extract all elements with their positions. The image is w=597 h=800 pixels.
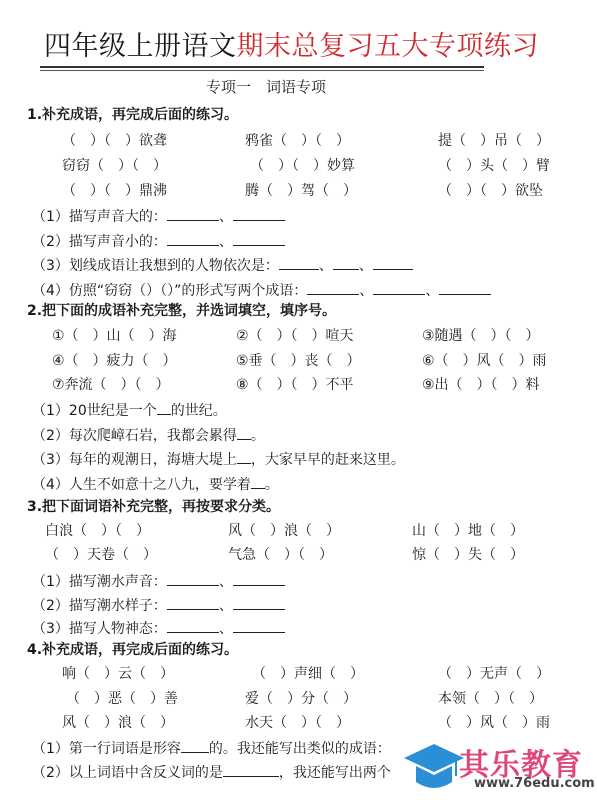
separator: 、 <box>219 621 233 637</box>
section-4-heading: 4.补充成语，再完成后面的练习。 <box>27 640 238 660</box>
answer-blank[interactable] <box>167 571 219 586</box>
idiom-cell: ⑦奔流（ ）（ ） <box>52 375 170 395</box>
question-item: （3）每年的观潮日，海塘大堤上，大家早早的赶来这里。 <box>32 449 405 470</box>
question-text: （4）仿照“窃窃（）（）”的形式写两个成语： <box>32 283 307 299</box>
idiom-cell: 风（ ）浪（ ） <box>62 713 174 733</box>
question-text-end: 。 <box>265 477 279 493</box>
idiom-cell: ⑤垂（ ）丧（ ） <box>236 351 361 371</box>
subtitle: 专项一 词语专项 <box>206 77 326 97</box>
question-text: （2）每次爬嶂石岩，我都会累得 <box>32 428 237 444</box>
idiom-cell: 水天（ ）（ ） <box>245 713 350 733</box>
watermark: 其乐教育 www.76edu.com <box>404 738 594 796</box>
question-text: （3）每年的观潮日，海塘大堤上 <box>32 452 237 468</box>
answer-blank[interactable] <box>167 206 219 221</box>
title-black-part: 四年级上册语文 <box>44 31 237 62</box>
idiom-cell: ④（ ）疲力（ ） <box>52 351 177 371</box>
answer-blank[interactable] <box>237 425 251 440</box>
question-item: （4）人生不如意十之八九，要学着。 <box>32 474 279 495</box>
separator: 、 <box>359 283 373 299</box>
question-item: （1）描写声音大的：、 <box>32 206 285 227</box>
idiom-cell: （ ）无声（ ） <box>438 664 550 684</box>
question-text: （2）描写潮水样子： <box>32 598 167 614</box>
title-red-part: 期末总复习五大专项练习 <box>237 31 540 62</box>
question-text: （1）20世纪是一个 <box>32 403 157 419</box>
title-rule-thick <box>40 66 484 68</box>
answer-blank[interactable] <box>167 231 219 246</box>
idiom-cell: （ ）头（ ）臂 <box>438 156 550 176</box>
question-item: （1）20世纪是一个的世纪。 <box>32 400 227 421</box>
idiom-cell: 响（ ）云（ ） <box>62 664 174 684</box>
question-text: （1）描写声音大的： <box>32 209 167 225</box>
idiom-cell: （ ）恶（ ）善 <box>66 689 178 709</box>
answer-blank[interactable] <box>373 280 425 295</box>
question-item: （2）描写声音小的：、 <box>32 231 285 252</box>
idiom-cell: 风（ ）浪（ ） <box>228 521 340 541</box>
answer-blank[interactable] <box>237 449 251 464</box>
answer-blank[interactable] <box>233 571 285 586</box>
idiom-cell: 窃窃（ ）（ ） <box>62 156 167 176</box>
question-text: （3）描写人物神态： <box>32 621 167 637</box>
section-1-heading: 1.补充成语，再完成后面的练习。 <box>27 105 238 125</box>
question-item: （4）仿照“窃窃（）（）”的形式写两个成语：、、 <box>32 280 491 301</box>
page-title: 四年级上册语文期末总复习五大专项练习 <box>44 30 539 64</box>
idiom-cell: 腾（ ）驾（ ） <box>245 181 357 201</box>
idiom-cell: 爱（ ）分（ ） <box>245 689 357 709</box>
separator: 、 <box>219 598 233 614</box>
idiom-cell: ③随遇（ ）（ ） <box>422 326 540 346</box>
answer-blank[interactable] <box>223 762 279 777</box>
idiom-cell: ①（ ）山（ ）海 <box>52 326 177 346</box>
answer-blank[interactable] <box>167 595 219 610</box>
answer-blank[interactable] <box>233 595 285 610</box>
idiom-cell: （ ）声细（ ） <box>252 664 364 684</box>
idiom-cell: （ ）（ ）欲坠 <box>438 181 543 201</box>
idiom-cell: 惊（ ）失（ ） <box>412 545 524 565</box>
answer-blank[interactable] <box>167 618 219 633</box>
answer-blank[interactable] <box>333 255 359 270</box>
question-text-end: ，大家早早的赶来这里。 <box>251 452 405 468</box>
graduation-cap-icon <box>404 742 464 790</box>
question-text: （2）以上词语中含反义词的是 <box>32 765 223 781</box>
separator: 、 <box>425 283 439 299</box>
answer-blank[interactable] <box>233 206 285 221</box>
question-item: （3）描写人物神态：、 <box>32 618 285 639</box>
question-item: （2）描写潮水样子：、 <box>32 595 285 616</box>
answer-blank[interactable] <box>279 255 319 270</box>
question-item: （2）以上词语中含反义词的是，我还能写出两个 <box>32 762 391 783</box>
idiom-cell: （ ）风（ ）雨 <box>438 713 550 733</box>
idiom-cell: ⑨出（ ）（ ）料 <box>422 375 540 395</box>
idiom-cell: （ ）（ ）欲聋 <box>62 131 167 151</box>
answer-blank[interactable] <box>373 255 413 270</box>
separator: 、 <box>219 209 233 225</box>
question-item: （1）描写潮水声音：、 <box>32 571 285 592</box>
question-text: （4）人生不如意十之八九，要学着 <box>32 477 251 493</box>
answer-blank[interactable] <box>233 231 285 246</box>
answer-blank[interactable] <box>181 738 209 753</box>
separator: 、 <box>219 234 233 250</box>
idiom-cell: （ ）（ ）妙算 <box>250 156 355 176</box>
section-3-heading: 3.把下面词语补充完整，再按要求分类。 <box>27 497 280 517</box>
question-text-end: ，我还能写出两个 <box>279 765 391 781</box>
idiom-cell: （ ）（ ）鼎沸 <box>62 181 167 201</box>
separator: 、 <box>319 258 333 274</box>
idiom-cell: 山（ ）地（ ） <box>412 521 524 541</box>
idiom-cell: （ ）天卷（ ） <box>45 545 157 565</box>
answer-blank[interactable] <box>307 280 359 295</box>
question-text-end: 的。我还能写出类似的成语： <box>209 741 391 757</box>
question-item: （2）每次爬嶂石岩，我都会累得。 <box>32 425 265 446</box>
answer-blank[interactable] <box>157 400 171 415</box>
watermark-url: www.76edu.com <box>474 776 595 791</box>
answer-blank[interactable] <box>439 280 491 295</box>
section-2-heading: 2.把下面的成语补充完整，并选词填空，填序号。 <box>27 301 336 321</box>
answer-blank[interactable] <box>233 618 285 633</box>
idiom-cell: ②（ ）（ ）喧天 <box>236 326 354 346</box>
question-item: （3）划线成语让我想到的人物依次是：、、 <box>32 255 413 276</box>
question-text: （1）第一行词语是形容 <box>32 741 181 757</box>
idiom-cell: 提（ ）吊（ ） <box>438 131 550 151</box>
question-text: （3）划线成语让我想到的人物依次是： <box>32 258 279 274</box>
idiom-cell: ⑥（ ）风（ ）雨 <box>422 351 547 371</box>
separator: 、 <box>219 574 233 590</box>
question-text: （2）描写声音小的： <box>32 234 167 250</box>
question-text-end: 的世纪。 <box>171 403 227 419</box>
question-text-end: 。 <box>251 428 265 444</box>
idiom-cell: 本领（ ）（ ） <box>438 689 543 709</box>
answer-blank[interactable] <box>251 474 265 489</box>
title-rule-thin <box>40 70 484 71</box>
idiom-cell: 气急（ ）（ ） <box>228 545 333 565</box>
question-item: （1）第一行词语是形容的。我还能写出类似的成语： <box>32 738 391 759</box>
idiom-cell: 鸦雀（ ）（ ） <box>245 131 350 151</box>
question-text: （1）描写潮水声音： <box>32 574 167 590</box>
idiom-cell: ⑧（ ）（ ）不平 <box>236 375 354 395</box>
separator: 、 <box>359 258 373 274</box>
idiom-cell: 白浪（ ）（ ） <box>45 521 150 541</box>
